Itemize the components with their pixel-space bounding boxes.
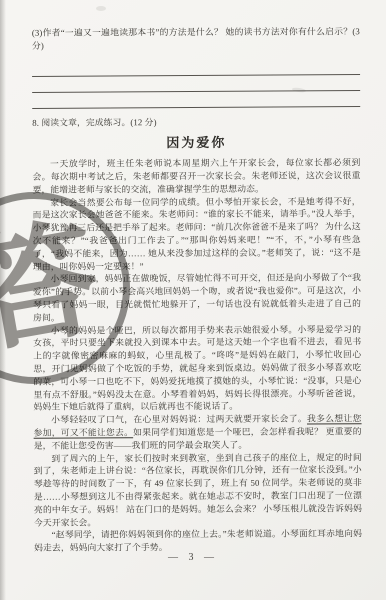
article-title: 因为爱你 xyxy=(32,137,360,151)
reading-article: 因为爱你 一天放学时，班主任朱老师说本周星期六上午开家长会，每位家长都必须到会。… xyxy=(32,137,362,555)
paragraph-segment: 小琴轻轻叹了口气，在心里对妈妈说：过两天就要开家长会了。 xyxy=(51,414,307,425)
scan-smudge xyxy=(96,6,106,11)
article-paragraph: 到了周六的上午，家长们按时来到教室，坐到自己孩子的座位上，规定的时间到了，朱老师… xyxy=(34,451,362,529)
answer-line xyxy=(32,59,360,77)
page-content: (3)作者“一遍又一遍地读那本书”的方法是什么？ 她的读书方法对你有什么启示？(… xyxy=(32,25,362,554)
answer-lines-block xyxy=(32,59,360,108)
article-paragraph: 小琴轻轻叹了口气，在心里对妈妈说：过两天就要开家长会了。我多么想让您参加，可又不… xyxy=(34,412,362,452)
article-paragraph: “赵琴同学，请把你妈妈领到你的座位上去。”朱老师说道。小琴面红耳赤地向妈妈走去，… xyxy=(34,528,362,555)
article-paragraph: 小琴回到家，妈妈正在做晚饭，尽管她忙得不可开交，但还是向小琴做了个“我爱你”的手… xyxy=(33,272,361,325)
scanned-test-page: (3)作者“一遍又一遍地读那本书”的方法是什么？ 她的读书方法对你有什么启示？(… xyxy=(0,0,386,600)
answer-line xyxy=(32,75,360,93)
article-paragraph: 一天放学时，班主任朱老师说本周星期六上午开家长会，每位家长都必须到会。每次期中考… xyxy=(32,156,360,196)
page-number: — 3 — xyxy=(0,552,386,563)
question-3-text: (3)作者“一遍又一遍地读那本书”的方法是什么？ 她的读书方法对你有什么启示？(… xyxy=(32,25,360,52)
answer-line xyxy=(32,91,360,109)
article-paragraph: 家长会当然要公布每一位同学的成绩。但小琴怕开家长会，不是她考得不好，而是这次家长… xyxy=(33,195,361,273)
question-8-text: 8. 阅读文章，完成练习。(12 分) xyxy=(32,115,360,129)
article-paragraph: 小琴的妈妈是个哑巴，所以每次都用手势来表示她很爱小琴。小琴是爱学习的女孩，平时只… xyxy=(33,323,361,414)
